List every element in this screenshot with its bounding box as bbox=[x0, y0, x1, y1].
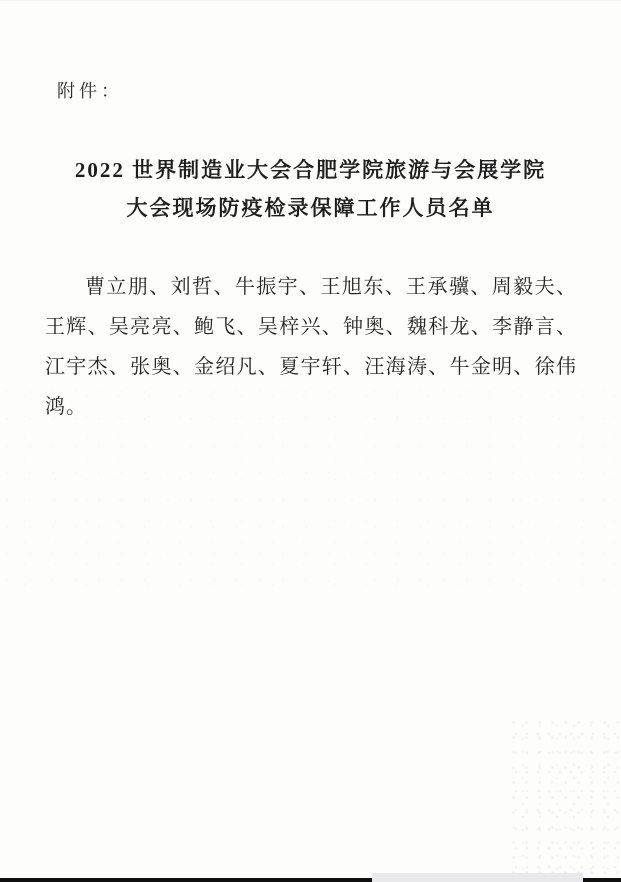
document-title-line-1: 2022 世界制造业大会合肥学院旅游与会展学院 bbox=[0, 151, 621, 189]
attachment-label: 附件： bbox=[57, 77, 123, 103]
scanned-document-page: 附件： 2022 世界制造业大会合肥学院旅游与会展学院 大会现场防疫检录保障工作… bbox=[0, 0, 621, 882]
scan-noise-texture bbox=[511, 718, 621, 878]
document-title: 2022 世界制造业大会合肥学院旅游与会展学院 大会现场防疫检录保障工作人员名单 bbox=[0, 151, 621, 227]
document-title-line-2: 大会现场防疫检录保障工作人员名单 bbox=[0, 189, 621, 227]
personnel-names-paragraph: 曹立朋、刘哲、牛振宇、王旭东、王承骥、周毅夫、王辉、吴亮亮、鲍飞、吴梓兴、钟奥、… bbox=[45, 267, 577, 427]
